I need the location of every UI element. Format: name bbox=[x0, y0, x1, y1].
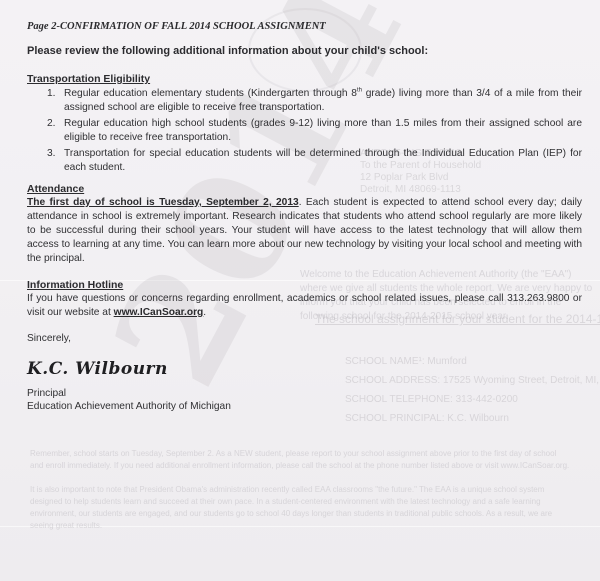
signer-role: Principal bbox=[27, 387, 231, 400]
transportation-list: 1. Regular education elementary students… bbox=[27, 87, 582, 174]
website-link[interactable]: www.ICanSoar.org bbox=[114, 307, 204, 318]
signer-block: Principal Education Achievement Authorit… bbox=[27, 387, 231, 413]
transportation-section: Transportation Eligibility 1. Regular ed… bbox=[27, 73, 582, 177]
attendance-section: Attendance The first day of school is Tu… bbox=[27, 183, 582, 266]
first-day-statement: The first day of school is Tuesday, Sept… bbox=[27, 197, 299, 208]
hotline-paragraph: If you have questions or concerns regard… bbox=[27, 292, 582, 320]
signature: K.C. Wilbourn bbox=[27, 359, 168, 379]
list-item: 3. Transportation for special education … bbox=[27, 147, 582, 174]
hotline-section: Information Hotline If you have question… bbox=[27, 279, 582, 320]
closing: Sincerely, bbox=[27, 333, 71, 344]
attendance-title: Attendance bbox=[27, 183, 582, 195]
page-header: Page 2-CONFIRMATION OF FALL 2014 SCHOOL … bbox=[27, 21, 326, 32]
scanned-page: AUTO**5-DIGIT 48219 To the Parent of Hou… bbox=[0, 0, 600, 581]
intro-line: Please review the following additional i… bbox=[27, 45, 428, 57]
hotline-title: Information Hotline bbox=[27, 279, 582, 291]
show-through-paragraphs: Remember, school starts on Tuesday, Sept… bbox=[30, 448, 570, 532]
list-item: 2. Regular education high school student… bbox=[27, 117, 582, 144]
transportation-title: Transportation Eligibility bbox=[27, 73, 582, 85]
show-through-school-fields: SCHOOL NAME¹: Mumford SCHOOL ADDRESS: 17… bbox=[345, 352, 600, 428]
signer-organization: Education Achievement Authority of Michi… bbox=[27, 400, 231, 413]
list-item: 1. Regular education elementary students… bbox=[27, 87, 582, 114]
attendance-paragraph: The first day of school is Tuesday, Sept… bbox=[27, 196, 582, 266]
paper-fold-line bbox=[0, 526, 600, 527]
